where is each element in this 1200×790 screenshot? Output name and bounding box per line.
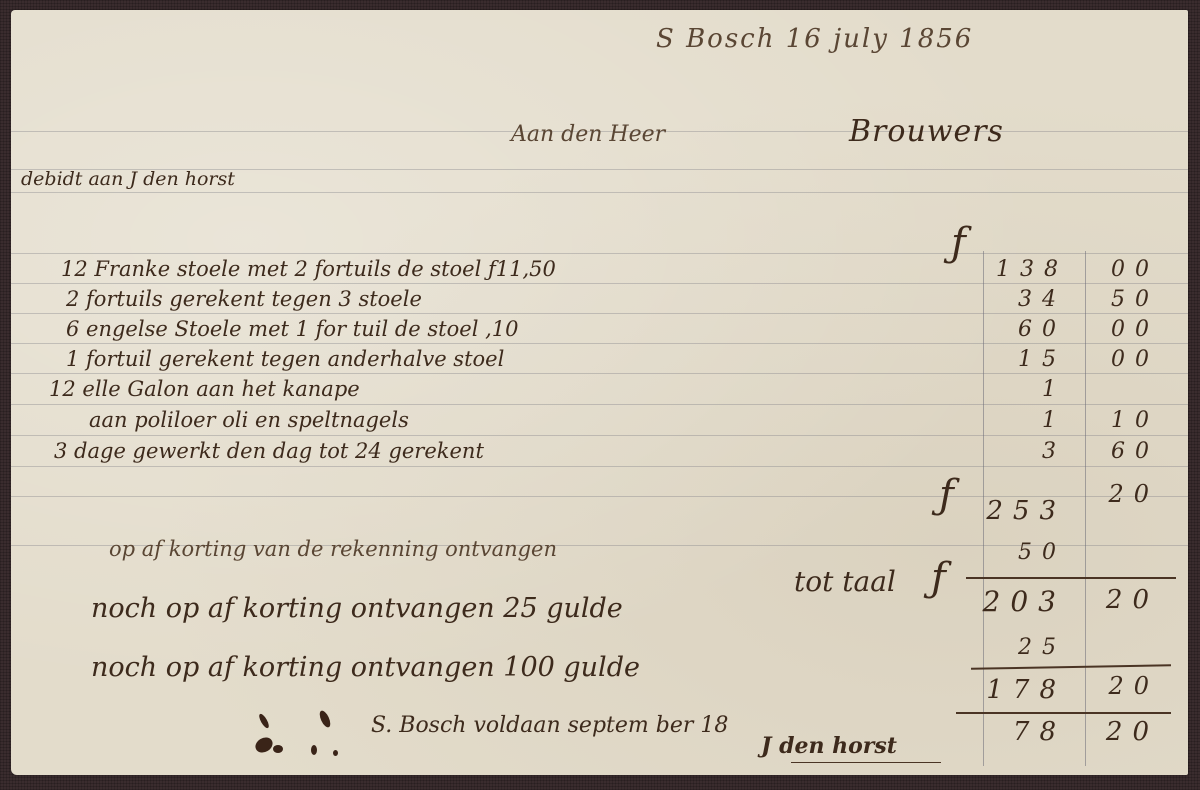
ruled-line <box>11 253 1188 254</box>
total-cents: 20 <box>1099 585 1159 615</box>
discount-guilders: 50 <box>996 540 1066 565</box>
line-item-cents: 00 <box>1099 317 1159 342</box>
after-discount-guilders: 178 <box>986 675 1066 705</box>
ink-blot <box>333 750 338 756</box>
debtor-line: debidt aan J den horst <box>21 168 235 190</box>
signature: J den horst <box>761 733 897 759</box>
ruled-line <box>11 435 1188 436</box>
addressee-prefix: Aan den Heer <box>511 122 665 147</box>
place-date: S Bosch 16 july 1856 <box>656 24 973 54</box>
line-item-guilders: 1 <box>996 377 1066 402</box>
total-guilders: 203 <box>981 585 1066 618</box>
ink-blot <box>257 713 270 730</box>
line-item-guilders: 15 <box>996 347 1066 372</box>
line-item-description: 1 fortuil gerekent tegen anderhalve stoe… <box>66 347 504 371</box>
ink-blot <box>273 745 283 753</box>
ruled-line <box>11 343 1188 344</box>
line-item-guilders: 60 <box>996 317 1066 342</box>
discount-description: noch op af korting ontvangen 100 gulde <box>91 652 640 683</box>
discount-guilders: 25 <box>996 635 1066 660</box>
column-line-cents <box>1085 251 1086 766</box>
line-item-cents: 60 <box>1099 439 1159 464</box>
subtotal-cents: 20 <box>1099 480 1159 508</box>
florin-symbol: ƒ <box>951 220 966 266</box>
ink-blot <box>318 709 333 729</box>
ink-blot <box>311 745 317 755</box>
ruled-line <box>11 192 1188 193</box>
ruled-line <box>11 313 1188 314</box>
column-line-guilders <box>983 251 984 766</box>
line-item-guilders: 1 <box>996 408 1066 433</box>
line-item-guilders: 3 <box>996 439 1066 464</box>
ink-blot <box>253 734 276 755</box>
discount-description: noch op af korting ontvangen 25 gulde <box>91 593 623 624</box>
line-item-description: aan poliloer oli en speltnagels <box>89 408 409 432</box>
sum-line <box>971 664 1171 669</box>
line-item-description: 12 Franke stoele met 2 fortuils de stoel… <box>61 257 556 281</box>
discount-description: op af korting van de rekenning ontvangen <box>109 537 557 561</box>
receipt-note: S. Bosch voldaan septem ber 18 <box>371 713 728 738</box>
subtotal-guilders: 253 <box>986 496 1066 526</box>
line-item-description: 12 elle Galon aan het kanape <box>49 377 360 401</box>
ruled-line <box>11 373 1188 374</box>
invoice-paper: S Bosch 16 july 1856 Aan den Heer Brouwe… <box>11 10 1188 775</box>
ruled-line <box>11 466 1188 467</box>
line-item-cents: 50 <box>1099 287 1159 312</box>
line-item-cents: 00 <box>1099 257 1159 282</box>
line-item-guilders: 34 <box>996 287 1066 312</box>
sum-line <box>956 712 1171 714</box>
line-item-guilders: 138 <box>996 257 1066 282</box>
addressee-name: Brouwers <box>849 114 1004 149</box>
signature-underline <box>791 762 941 763</box>
line-item-cents: 00 <box>1099 347 1159 372</box>
line-item-cents: 10 <box>1099 408 1159 433</box>
ruled-line <box>11 404 1188 405</box>
ruled-line <box>11 283 1188 284</box>
after-discount-cents: 20 <box>1099 672 1159 700</box>
line-item-description: 3 dage gewerkt den dag tot 24 gerekent <box>54 439 484 463</box>
line-item-description: 2 fortuils gerekent tegen 3 stoele <box>66 287 422 311</box>
sum-line <box>966 577 1176 579</box>
florin-symbol: ƒ <box>939 472 954 518</box>
final-cents: 20 <box>1099 717 1159 747</box>
florin-symbol: ƒ <box>931 555 946 601</box>
total-label: tot taal <box>794 565 896 598</box>
final-guilders: 78 <box>986 717 1066 747</box>
line-item-description: 6 engelse Stoele met 1 for tuil de stoel… <box>66 317 518 341</box>
